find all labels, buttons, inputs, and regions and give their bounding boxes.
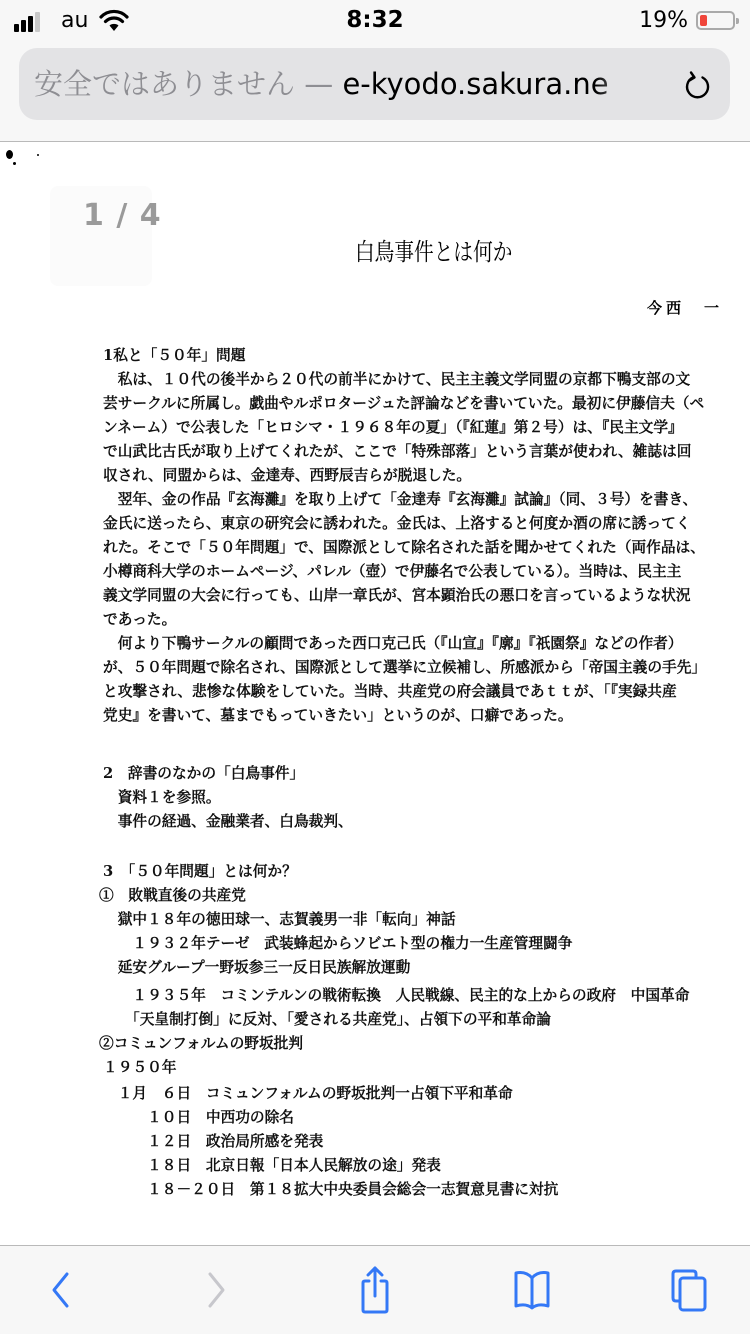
pdf-page[interactable]: 1 / 4 白鳥事件とは何か 今西 一 1私と「５０年」問題 私は、１０代の後半… — [0, 142, 750, 1244]
text-line: 私は、１０代の後半から２０代の前半にかけて、民主主義文学同盟の京都下鴨支部の文 — [103, 368, 690, 392]
browser-toolbar — [0, 1245, 750, 1334]
text-line: と攻撃され、悲惨な体験をしていた。当時、共産党の府会議員であｔｔが、「『実録共産 — [103, 680, 677, 704]
text-line: 義文学同盟の大会に行っても、山岸一章氏が、宮本顕治氏の悪口を言っているような状況 — [103, 584, 691, 608]
tabs-button[interactable] — [660, 1260, 720, 1320]
scan-speck — [13, 162, 16, 165]
tabs-icon — [666, 1266, 714, 1314]
text-line: 獄中１８年の徳田球一、志賀義男一非「転向」神話 — [103, 908, 456, 932]
text-line: 1私と「５０年」問題 — [103, 344, 245, 368]
back-button[interactable] — [30, 1260, 90, 1320]
url-host: e-kyodo.sakura.ne — [342, 67, 608, 101]
text-line: 小樽商科大学のホームページ、パレル（壺）で伊藤名で公表している）。当時は、民主主 — [103, 560, 681, 584]
battery-percentage: 19% — [639, 8, 688, 33]
text-line: 延安グループ一野坂参三一反日民族解放運動 — [103, 956, 410, 980]
scan-speck — [6, 150, 13, 159]
text-line: 資料１を参照。 — [103, 786, 221, 810]
text-line: ンネーム）で公表した「ヒロシマ・１９６８年の夏」（『紅蓮』第２号）は、『民主文学… — [103, 416, 683, 440]
share-button[interactable] — [345, 1260, 405, 1320]
clock: 8:32 — [0, 7, 750, 33]
subsection-heading: ① 敗戦直後の共産党 — [99, 884, 246, 908]
scan-speck — [37, 154, 39, 156]
text-line: で山武比古氏が取り上げてくれたが、ここで「特殊部落」という言葉が使われ、雑誌は回 — [103, 440, 691, 464]
text-line: 党史』を書いて、墓までもっていきたい」というのが、口癖であった。 — [103, 704, 573, 728]
timeline-entry: １２日 政治局所感を発表 — [103, 1130, 323, 1154]
timeline-entry: １８日 北京日報「日本人民解放の途」発表 — [103, 1154, 441, 1178]
text-line: １９３２年テーゼ 武装蜂起からソビエト型の権力一生産管理闘争 — [103, 932, 572, 956]
battery-icon — [696, 11, 735, 30]
text-line: 何より下鴨サークルの顧問であった西口克己氏（『山宣』『廓』『祇園祭』などの作者） — [103, 632, 683, 656]
text-line: れた。そこで「５０年問題」で、国際派として除名された話を聞かせてくれた（両作品は… — [103, 536, 705, 560]
document-author: 今西 一 — [647, 297, 723, 318]
address-bar[interactable]: 安全ではありません — e-kyodo.sakura.ne — [19, 48, 730, 120]
forward-button[interactable] — [186, 1260, 246, 1320]
not-secure-label: 安全ではありません — — [34, 67, 333, 101]
book-icon — [508, 1268, 556, 1312]
chevron-right-icon — [201, 1268, 231, 1312]
text-line: 「天皇制打倒」に反対、「愛される共産党」、占領下の平和革命論 — [103, 1008, 551, 1032]
share-icon — [355, 1264, 395, 1316]
timeline-entry: １８－２０日 第１８拡大中央委員会総会一志賀意見書に対抗 — [103, 1178, 558, 1202]
text-line: １９５０年 — [103, 1056, 176, 1080]
browser-top-chrome: au 8:32 19% 安全ではありません — e-kyodo.sakura.n… — [0, 0, 750, 142]
timeline-entry: １０日 中西功の除名 — [103, 1106, 294, 1130]
section-heading: 3 「５０年問題」とは何か？ — [103, 860, 297, 884]
text-line: が、５０年問題で除名され、国際派として選挙に立候補し、所感派から「帝国主義の手先… — [103, 656, 706, 680]
text-line: 事件の経過、金融業者、白鳥裁判、 — [103, 810, 353, 834]
text-line: 翌年、金の作品『玄海灘』を取り上げて「金達寿『玄海灘』試論』（同、３号）を書き、 — [103, 488, 697, 512]
status-bar: au 8:32 19% — [0, 0, 750, 44]
subsection-heading: ②コミュンフォルムの野坂批判 — [99, 1032, 303, 1056]
document-title: 白鳥事件とは何か — [355, 232, 512, 267]
text-line: １９３５年 コミンテルンの戦術転換 人民戦線、民主的な上からの政府 中国革命 — [103, 984, 689, 1008]
bookmarks-button[interactable] — [502, 1260, 562, 1320]
text-line: 金氏に送ったら、東京の研究会に誘われた。金氏は、上洛すると何度か酒の席に誘ってく — [103, 512, 691, 536]
timeline-entry: １月 ６日 コミュンフォルムの野坂批判一占領下平和革命 — [103, 1082, 513, 1106]
section-heading: 2 辞書のなかの「白鳥事件」 — [103, 762, 304, 786]
page-indicator: 1 / 4 — [83, 198, 162, 233]
text-line: 芸サークルに所属し。戯曲やルポロタージュた評論などを書いていた。最初に伊藤信夫（… — [103, 392, 704, 416]
text-line: であった。 — [103, 608, 176, 632]
reload-icon[interactable] — [680, 68, 716, 104]
chevron-left-icon — [45, 1268, 75, 1312]
text-line: 収され、同盟からは、金達寿、西野辰吉らが脱退した。 — [103, 464, 471, 488]
url-display[interactable]: 安全ではありません — e-kyodo.sakura.ne — [34, 66, 644, 102]
